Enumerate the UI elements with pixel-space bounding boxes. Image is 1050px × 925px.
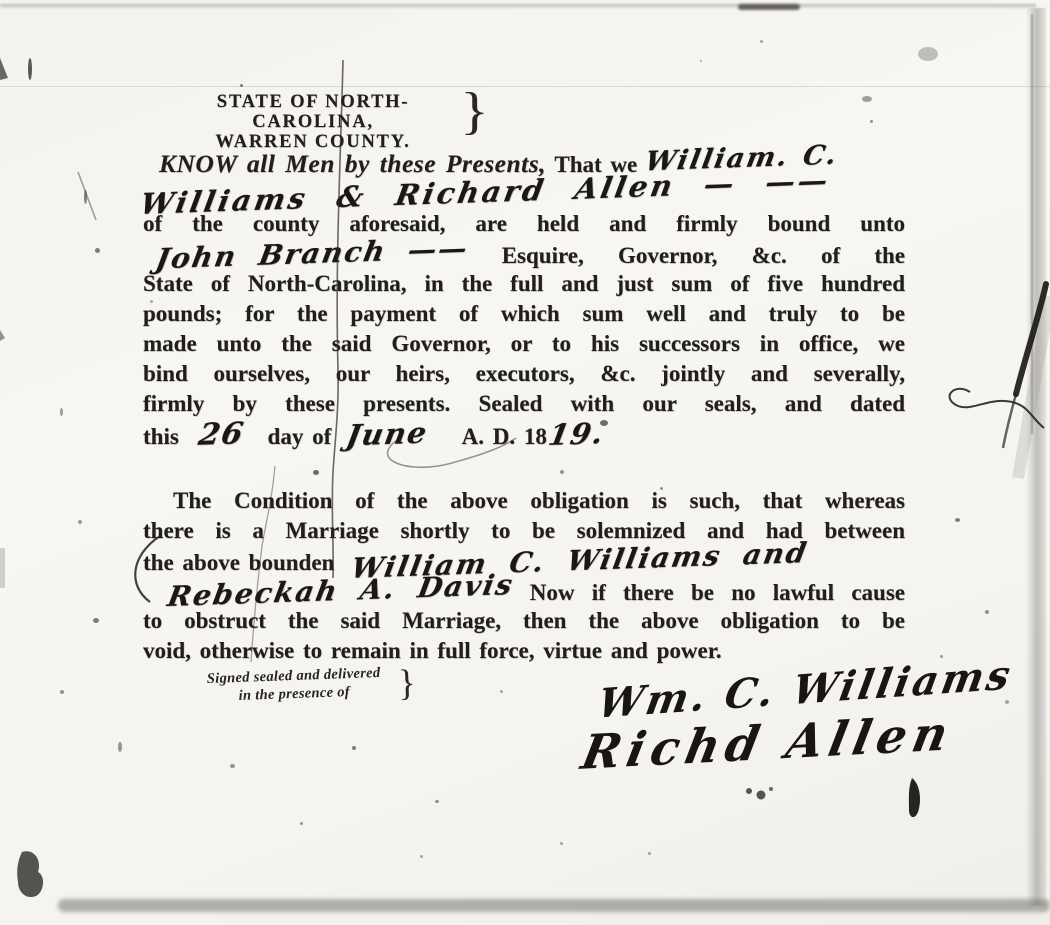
left-edge-mark	[0, 330, 5, 341]
ink-speck	[60, 690, 64, 694]
attestation-block: Signed sealed and delivered in the prese…	[187, 664, 400, 706]
ink-speck	[955, 518, 960, 522]
ink-speck	[93, 618, 99, 623]
condition-line-4: Rebeckah A. Davis Now if there be no law…	[143, 576, 905, 606]
ink-speck	[420, 855, 423, 858]
ink-speck	[500, 690, 503, 693]
scanned-document-page: STATE OF NORTH-CAROLINA, WARREN COUNTY. …	[0, 0, 1050, 925]
condition-line-3: the above bounden William C. Williams an…	[143, 546, 905, 576]
ink-speck	[118, 742, 122, 752]
condition-line-6: void, otherwise to remain in full force,…	[143, 636, 905, 666]
handwritten-year-digits: 19.	[546, 418, 607, 450]
body-line-4: John Branch —— Esquire, Governor, &c. of…	[143, 239, 905, 269]
speck-cluster-dot	[769, 787, 773, 791]
ink-speck	[870, 120, 873, 123]
know-all-men-phrase: KNOW all Men by these Presents,	[159, 149, 546, 178]
ink-speck	[300, 822, 303, 825]
speck-cluster-dot	[746, 788, 752, 794]
ink-speck	[700, 60, 702, 62]
date-day-of-words: day of	[268, 424, 332, 449]
body-line-5: State of North-Carolina, in the full and…	[143, 269, 905, 299]
date-this-word: this	[143, 424, 179, 449]
ink-speck	[648, 852, 651, 855]
above-bounden-phrase: the above bounden	[143, 550, 343, 575]
paper-bottom-edge	[58, 899, 1050, 912]
ink-speck	[435, 800, 439, 803]
body-line-7: made unto the said Governor, or to his s…	[143, 329, 905, 359]
ink-speck	[230, 764, 235, 768]
horizontal-crease	[0, 86, 1050, 87]
comma-shaped-ink-blob	[909, 778, 920, 817]
ink-speck	[84, 190, 87, 204]
body-line-10-date: this26day ofJuneA. D. 1819.	[143, 419, 905, 449]
ink-speck	[78, 520, 82, 524]
ink-speck	[560, 842, 563, 845]
ink-speck	[862, 96, 872, 102]
date-ad-18: A. D. 18	[462, 424, 547, 449]
gray-smudge	[918, 47, 938, 61]
speck-cluster-dot	[757, 791, 766, 800]
header-state-line: STATE OF NORTH-CAROLINA,	[162, 92, 464, 132]
header-brace: }	[460, 82, 489, 141]
dark-diagonal-streak-tail	[1003, 394, 1016, 448]
paper-right-edge-line	[1031, 14, 1033, 434]
body-line-2: Williams & Richard Allen — ——	[143, 179, 905, 209]
bottom-left-ink-blob	[17, 851, 43, 897]
condition-line-5: to obstruct the said Marriage, then the …	[143, 606, 905, 636]
ink-speck	[28, 58, 32, 80]
handwritten-day-number: 26	[196, 419, 246, 451]
attestation-brace: }	[397, 662, 416, 706]
document-header: STATE OF NORTH-CAROLINA, WARREN COUNTY.	[162, 92, 464, 152]
ink-speck	[352, 746, 356, 750]
ink-speck	[60, 408, 63, 416]
document-body: KNOW all Men by these Presents, That we …	[143, 149, 905, 666]
paper-top-edge-dark-segment	[738, 4, 800, 10]
ink-speck	[985, 610, 989, 614]
handwritten-month: June	[344, 418, 430, 451]
left-edge-smudge	[0, 548, 5, 588]
ink-speck	[760, 40, 763, 43]
paper-top-edge	[0, 4, 1036, 9]
esquire-governor-phrase: Esquire, Governor, &c. of the	[502, 243, 905, 268]
body-line-6: pounds; for the payment of which sum wel…	[143, 299, 905, 329]
body-line-9: firmly by these presents. Sealed with ou…	[143, 389, 905, 419]
condition-line-1: The Condition of the above obligation is…	[143, 486, 905, 516]
left-edge-mark	[0, 58, 8, 80]
now-if-there-phrase: Now if there be no lawful cause	[513, 580, 906, 605]
paper-right-edge	[1026, 8, 1046, 906]
ink-speck	[1005, 700, 1009, 704]
body-line-8: bind ourselves, our heirs, executors, &c…	[143, 359, 905, 389]
faint-scratch-line	[78, 172, 96, 220]
ink-speck	[95, 248, 100, 253]
